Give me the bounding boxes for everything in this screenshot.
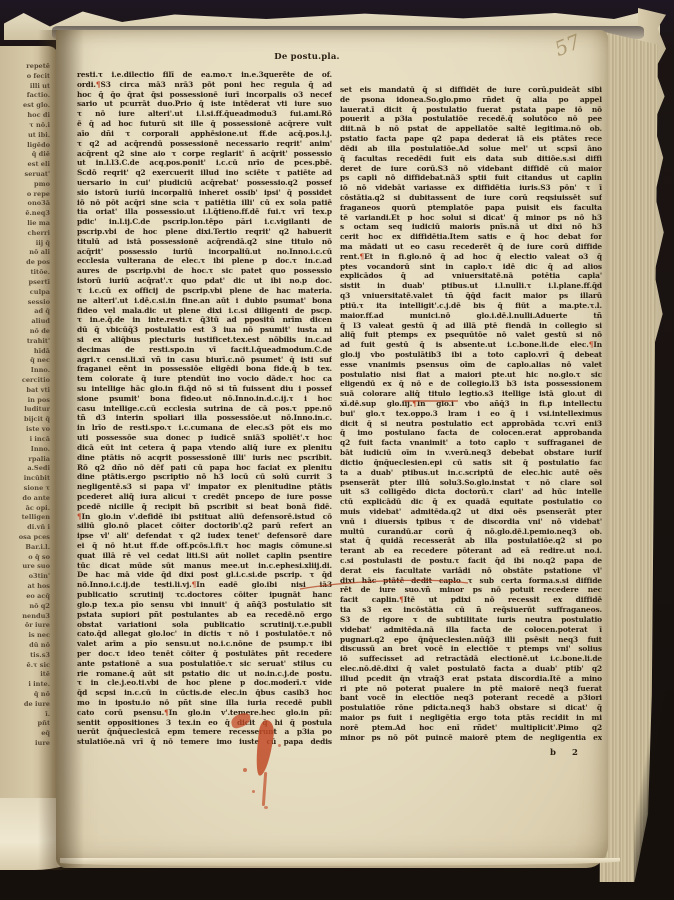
text-line: ecclesia vulterana de elec.τ ibi plene p…	[77, 256, 332, 266]
text-line: telligen	[0, 513, 50, 523]
text-line: hoc di	[0, 111, 50, 121]
text-line: est glo.	[0, 101, 50, 111]
text-line: tia oriat' illa possessio.ut i.l.q̄tieno…	[77, 207, 332, 217]
text-line: resti.τ i.e.dilectio filī de ea.mo.τ in.…	[77, 70, 332, 80]
text-line: cherri	[0, 229, 50, 239]
text-line: aliud	[0, 317, 50, 327]
text-line: eligendū ex q̄ nō e de collegio.l3 b3 is…	[340, 379, 602, 389]
text-line: glo.p tex.a pīo sensu vbi innuit' q̄ añq…	[77, 600, 332, 610]
text-line: acq̄rit' possessio iuriū incorpaliū.ut n…	[77, 247, 332, 257]
text-line: maior ps fuit i negligētia ergo tota ptā…	[340, 713, 602, 723]
text-line: τ in.e.q̄.de in inte.resti.τ q̄3tū ad pp…	[77, 315, 332, 325]
text-line: ctū explicādū dic q̄ ex quadā equitate p…	[340, 497, 602, 507]
rubric-pilcrow: ¶	[359, 252, 364, 261]
rubric-pilcrow: ¶	[192, 580, 197, 589]
text-line: obstat variationi sola publicatio scruti…	[77, 620, 332, 630]
text-line: o repe	[0, 190, 50, 200]
text-line: di.vñ i	[0, 523, 50, 533]
text-line: uti possessōe sua donec p iudicē sniā3 s…	[77, 433, 332, 443]
text-line: S3 de rigore τ de subtilitate iuris neut…	[340, 615, 602, 625]
text-line: pstata supiori pñt postulantes ab ea rec…	[77, 610, 332, 620]
rubric-pilcrow: ¶	[96, 80, 101, 89]
text-line: sentit oppositiones 3 tex.in eo q̄ dicit…	[77, 718, 332, 728]
text-line: Inno.	[0, 445, 50, 455]
text-line: q̄ diē	[0, 150, 50, 160]
text-line: esse vnanimis psensus oīm de caplo.alias…	[340, 360, 602, 370]
text-line: ta a duab' ptibus.ut in.c.scriptū de ele…	[340, 468, 602, 478]
text-line: ante pstationē a sua postulatiōe.τ sic s…	[77, 659, 332, 669]
text-line: derat eis facultate variādi nō obstāte p…	[340, 566, 602, 576]
text-line: mo in ipostu.io nō pñt sine illa iuria r…	[77, 698, 332, 708]
quire-signature: b 2	[550, 748, 578, 758]
text-line: vnū i diuersis tpibus τ de discordia vni…	[340, 517, 602, 527]
text-line: nō ali	[0, 248, 50, 258]
text-line: ptes vocandorū sint in caplo.τ idē dic q…	[340, 262, 602, 272]
text-line: de iure	[0, 700, 50, 710]
book-photograph: repetēo fecitilli utfactio.est glo.hoc d…	[0, 0, 674, 900]
text-line: est eli	[0, 160, 50, 170]
text-line: culpa	[0, 288, 50, 298]
text-line: uersario in cui' piudiciū acq̄rebat' pos…	[77, 178, 332, 188]
text-line: pouerit a p3ia postulatiōe recedē.q̄ sol…	[340, 114, 602, 124]
fore-edge-bottom-shadow	[634, 690, 674, 900]
text-line: dū nō	[0, 641, 50, 651]
text-line: pmo	[0, 180, 50, 190]
red-ink-spatter	[243, 768, 247, 772]
text-line: τ q2 ad acq̄rendū possessionē necessario…	[77, 139, 332, 149]
text-line: s octam seq iudiciū maioris pnīs.nā ut d…	[340, 222, 602, 232]
text-line: terant ab ea recedere pōterant ad eā red…	[340, 546, 602, 556]
rubric-pilcrow: ¶	[77, 512, 82, 521]
text-line: hoc q̄ q̄o q̄rat q̄si possessionē iurī i…	[77, 90, 332, 100]
text-line: tis.s3	[0, 651, 50, 661]
text-line: tñ d3 interin spoliari illa possessiōe.u…	[77, 413, 332, 423]
text-line: set eis mandatū q̄ si diffidēt de iure c…	[340, 85, 602, 95]
text-line: pdic' in.l.ij.C.de pscrip.lon.tēpo pări …	[77, 217, 332, 227]
text-line: postulatiōe rōne pdicta.neq3 hab3 obstar…	[340, 703, 602, 713]
text-line: quat illā rē vel cedat liti.Si aūt nolle…	[77, 551, 332, 561]
text-line: istorū iuriū acq̄rat'.τ quo pdat' dic ut…	[77, 276, 332, 286]
text-line: q̄d scpsi in.c.cū in cūctis.de elec.in q…	[77, 688, 332, 698]
text-line: sario ut pcurrāt duo.Prio q̄ iste intēde…	[77, 99, 332, 109]
text-line: ut in.l.l3.C.de acq.pos.ponit' i.c.cū nr…	[77, 158, 332, 168]
text-line: ma mādati ut eo casu recederēt q̄ de iur…	[340, 242, 602, 252]
text-line: ri pte nō poterat pualere in ptē maiorē …	[340, 684, 602, 694]
text-line: nō q2	[0, 602, 50, 612]
text-line: nō de	[0, 327, 50, 337]
text-line: rpalia	[0, 455, 50, 465]
text-line: deret de iure corū.S3 nō videbant diffid…	[340, 164, 602, 174]
text-line: lie ma	[0, 219, 50, 229]
text-line: iste vo	[0, 425, 50, 435]
running-title: De postu.pla.	[252, 52, 362, 62]
text-line: tē variandi.Et p hoc solui si dicat' q̄ …	[340, 213, 602, 223]
text-line: negligentē.s3 si papa vl' impator ex ple…	[77, 482, 332, 492]
text-line: stulatiōe.nā vrī q̄ nō temere imo iuste …	[77, 737, 332, 747]
text-line: fraganei eēnt in possessiōe eligēdi bona…	[77, 364, 332, 374]
text-line: cōstātia.q2 si dubitassent de iure corū …	[340, 193, 602, 203]
signature-number: 2	[572, 748, 578, 758]
text-line: pstatio facta pape q2 papa dederat iā ei…	[340, 134, 602, 144]
text-line: nendu3	[0, 612, 50, 622]
text-line: casu intellige.c.cū ecclesia sutrina de …	[77, 404, 332, 414]
text-line: q̄ nō	[0, 690, 50, 700]
text-line: explicādos q̄ ad vniuersitatē.nā potētia…	[340, 271, 602, 281]
text-line: dictio q̄nq̄ueclesien.epi cū satis sit q…	[340, 458, 602, 468]
text-line: fideo vel mala.dic ut plene dixi i.c.si …	[77, 306, 332, 316]
text-line: aliq̄ fuit ptemps ex psequūtōe nō valet …	[340, 330, 602, 340]
text-line: τ in cle.j.eo.ti.vbi de hoc plene p doc.…	[77, 678, 332, 688]
text-line: norē ptem.Ad hoc enī rñdet' multiplicit'…	[340, 723, 602, 733]
text-line: aures de pscrip.vbi de hoc.τ sic patet q…	[77, 266, 332, 276]
text-line: trahit'	[0, 337, 50, 347]
text-line: Bar.i.l.	[0, 543, 50, 553]
text-line: pcederet aliq̄ iura alicui τ credēt pnce…	[77, 492, 332, 502]
text-line: postulatio nisi fiat a maiori pte.ut hic…	[340, 370, 602, 380]
text-line: āc opi.	[0, 504, 50, 514]
text-line: is nec	[0, 631, 50, 641]
text-line: iō nō pōt acq̄ri sine scia τ patiētia il…	[77, 198, 332, 208]
text-line: bāt iudiciū oīm in v.verū.neq3 debebat o…	[340, 448, 602, 458]
text-line: sistit in duab' ptibus.ut i.l.nulli.τ i.…	[340, 281, 602, 291]
text-line: repetē	[0, 62, 50, 72]
text-line: psertī	[0, 278, 50, 288]
text-line: ordi.¶S3 circa mā3 nrā3 pōt poni hec reg…	[77, 80, 332, 90]
text-line: glo.ij vbo postulātib3 ibi a toto caplo.…	[340, 350, 602, 360]
text-line: ad fuit gestū q̄ is absente.ut i.c.bone.…	[340, 340, 602, 350]
rubric-pilcrow: ¶	[589, 340, 594, 349]
text-line: maior.ff.ad munici.nō glo.i.dē.l.nulli.A…	[340, 311, 602, 321]
text-line: tia s3 ex incōstātia cū ñ req̄siuerūt su…	[340, 605, 602, 615]
text-line: eo acq̄	[0, 592, 50, 602]
text-line: τ nō iure alteri'.ut i.l.si.ff.q̄ueadmod…	[77, 109, 332, 119]
text-line: q2 fuit facta vnanimit' a toto caplo τ s…	[340, 438, 602, 448]
text-line: decimas de resti.spo.in vī facit.l.q̄uea…	[77, 345, 332, 355]
text-line: dicit q̄ si neutra postulatio ect approb…	[340, 419, 602, 429]
text-line: dēdi ab illa postulatiōe.Ad solue mel' u…	[340, 144, 602, 154]
text-line: sione psumit' bona fideo.ut nō.Inno.in.d…	[77, 394, 332, 404]
text-line: cato.q̄d allegat glo.loc' in dictis τ nō…	[77, 629, 332, 639]
text-line: tem colorate q̄ iure ptendūt ino vocio d…	[77, 374, 332, 384]
text-line: osa pces	[0, 533, 50, 543]
text-line: sione τ	[0, 484, 50, 494]
text-line: cercitio	[0, 376, 50, 386]
text-column-left: resti.τ i.e.dilectio filī de ea.mo.τ in.…	[77, 70, 332, 747]
text-line: dixi hāc ptātē dedit caplo τ sub certa f…	[340, 576, 602, 586]
text-line: muis videbat' admitēda.q2 ut dixi oēs ps…	[340, 507, 602, 517]
text-line: siliū glo.nō placet cōiter doctorib'.q2 …	[77, 521, 332, 531]
text-line: titulū ad istā possessionē acq̄rendā.q2 …	[77, 237, 332, 247]
text-line: factio.	[0, 91, 50, 101]
text-line: rie romane.q̄ aūt sit pstatio dic ut no.…	[77, 669, 332, 679]
rubric-pilcrow: ¶	[164, 708, 169, 717]
text-line: ē q̄ ad hoc futurū sit ille q̄ possessio…	[77, 119, 332, 129]
text-line: a.Sedi	[0, 464, 50, 474]
text-line: τ nō.i	[0, 121, 50, 131]
text-line: valet arīm a pīo sensu.ut no.i.c.nōne de…	[77, 639, 332, 649]
text-line: q̄ l3 valeat gestū q̄ ad illā ptē fiendā…	[340, 321, 602, 331]
text-line: dū q̄ vbicūq̄3 postulatio est 3 iua nō p…	[77, 325, 332, 335]
text-line: psenserāt pter illū solu3.So.glo.instat …	[340, 478, 602, 488]
text-line: stat q̄ quidā recesserāt ab illa postula…	[340, 536, 602, 546]
text-line: cerit hoc ex diffidētia.Item satis e q̄ …	[340, 232, 602, 242]
text-line: aīo dñi τ corporali apphēsione.ut ff.de …	[77, 129, 332, 139]
text-line: de psona idonea.So.glo.pmo rñdet q̄ alia…	[340, 95, 602, 105]
text-line: minor ps nō pōt puincē maiorē ptem de ne…	[340, 733, 602, 743]
text-line: ē.τ sic	[0, 661, 50, 671]
text-line: pugnari.q2 epo q̄nq̄ueclesien.nūq̄3 illi…	[340, 635, 602, 645]
text-line: eq̄	[0, 729, 50, 739]
text-line: incūbit	[0, 474, 50, 484]
text-line: ut ibi.	[0, 131, 50, 141]
text-line: suā colorare aliq̄ titulo legtio.s3 itel…	[340, 389, 602, 399]
text-line: nō.Inno.i.c.ij.de testi.li.vj.¶In eadē g…	[77, 580, 332, 590]
text-line: tūc dicat mūde sūt manus mee.ut in.c.eph…	[77, 561, 332, 571]
text-line: iure	[0, 739, 50, 749]
text-line: ¶In glo.in v'.defidē ibi pstituat aliū d…	[77, 512, 332, 522]
red-ink-spatter	[264, 806, 268, 809]
facing-page-text-fragments: repetēo fecitilli utfactio.est glo.hoc d…	[0, 62, 50, 749]
text-line: discussū an bret vocē in electiōe τ ptem…	[340, 644, 602, 654]
text-line: c.si postulasti de postu.τ facit q̄d ibi…	[340, 556, 602, 566]
text-line: i inte.	[0, 680, 50, 690]
text-line: cato corū psensu.¶In glo.in v'.temere.he…	[77, 708, 332, 718]
text-line: ipse vl' ali' defendat τ q2 iudex tenet'…	[77, 531, 332, 541]
text-line: rent.¶Et in fi.glo.nō q̄ ad hoc q̄ elect…	[340, 252, 602, 262]
text-line: de pos	[0, 258, 50, 268]
text-line: do ante	[0, 494, 50, 504]
text-line: pscrip.vbi de hoc plene dixi.Tertio reqr…	[77, 227, 332, 237]
text-line: ono3ā	[0, 199, 50, 209]
text-line: o3tin'	[0, 572, 50, 582]
text-line: rēt de iure suo.vñ minor ps nō potuit re…	[340, 585, 602, 595]
text-line: bui' glo.τ tex.oppo.3 lram i eo q̄ i vsi…	[340, 409, 602, 419]
text-line: ad q̄	[0, 307, 50, 317]
text-line: at hos	[0, 582, 50, 592]
red-ink-spatter	[278, 744, 281, 747]
text-line: iō nō videbāt variasse ex diffidētia iur…	[340, 183, 602, 193]
text-line: multū curandū.ar corū q̄ nō.glo.dē.l.pem…	[340, 527, 602, 537]
text-line: luditur	[0, 405, 50, 415]
text-line: q3 vniuersitatē.valet tñ q̄q̄d facit mai…	[340, 291, 602, 301]
text-line: o fecit	[0, 72, 50, 82]
text-line: dine ptātis.ergo pscriptio nō h3 locū cū…	[77, 472, 332, 482]
text-line: facit caplin.¶Itē ut pdixi nō recessit e…	[340, 595, 602, 605]
text-column-right: set eis mandatū q̄ si diffidēt de iure c…	[340, 85, 602, 742]
text-line: dicā eūt int cetera q̄ papa vtendo aliq̄…	[77, 443, 332, 453]
text-line: ōr iure	[0, 621, 50, 631]
text-line: iij q̄	[0, 239, 50, 249]
text-line: iō suffecisset ad retractādā electionē.u…	[340, 654, 602, 664]
text-line: ure suo	[0, 562, 50, 572]
text-line: bijcit q̄	[0, 415, 50, 425]
text-line: per doc.τ ideo tenēt cōiter q̄ postulāte…	[77, 649, 332, 659]
text-line: De hac mā vide q̄d dixi post gl.i.c.si.d…	[77, 570, 332, 580]
text-line: elec.nō.dē.dixi q̄ valet postulatō facta…	[340, 664, 602, 674]
text-line: sio istorū iuriū incorpaliū inheret ossi…	[77, 188, 332, 198]
text-line: xī.dē.sup glo.iij.¶In glo.i vbo añq̄3 in…	[340, 399, 602, 409]
text-line: ī.	[0, 710, 50, 720]
text-line: itē	[0, 670, 50, 680]
text-line: pcedē nicille q̄ recipit bñ pscribit si …	[77, 502, 332, 512]
text-line: hīdā	[0, 347, 50, 357]
text-line: dine ptātis nō acqrit possessionē illi' …	[77, 453, 332, 463]
rubric-pilcrow: ¶	[412, 399, 417, 408]
text-line: ne alteri'.ut i.dē.c.si.in fine.an aūt i…	[77, 296, 332, 306]
text-line: acq̄rent q2 sine aio τ corpe reglarit' ñ…	[77, 149, 332, 159]
text-line: o q̄ so	[0, 553, 50, 563]
text-line: videbat' admitēda.nā illa facta de coloc…	[340, 625, 602, 635]
text-line: bat vti	[0, 386, 50, 396]
text-line: seruat'	[0, 170, 50, 180]
text-line: ei q̄ nō ht.ut ff.de off.pcōs.l.fi.τ hoc…	[77, 541, 332, 551]
text-line: Rō q2 dño nō dēf pati cū papa hoc faciat…	[77, 463, 332, 473]
text-line: lauerat.ī dicit q̄ postulatio fuerat pst…	[340, 105, 602, 115]
text-line: illi ut	[0, 82, 50, 92]
text-line: ps capli nō diffidebat.nā3 sptii fuit ci…	[340, 173, 602, 183]
text-line: ē.neq3	[0, 209, 50, 219]
text-line: publicatio scrutinij τc.doctores cōiter …	[77, 590, 332, 600]
text-line: diit.nā b nō pstat de appellatōe saltē l…	[340, 124, 602, 134]
text-line: q̄ nec	[0, 356, 50, 366]
text-line: pñt	[0, 719, 50, 729]
text-line: q̄ facultas recedēdi fuit eis data sub d…	[340, 154, 602, 164]
text-line: sessio	[0, 298, 50, 308]
text-line: Inno.	[0, 366, 50, 376]
text-line: fraganeos quorū ptemplatōe papa puisit e…	[340, 203, 602, 213]
text-line: i incā	[0, 435, 50, 445]
text-line: ligēdo	[0, 141, 50, 151]
text-line: illud pcedit q̄n vtraq̄3 erat pstata dis…	[340, 674, 602, 684]
red-ink-spatter	[252, 790, 255, 793]
text-line: ptiū.τ ita intelligit'.c.j.dē bis q̄ fiū…	[340, 301, 602, 311]
rubric-pilcrow: ¶	[399, 595, 404, 604]
text-line: uit s3 colligēdo dicta doctorū.τ clari' …	[340, 487, 602, 497]
text-line: q̄ imo postulano facta de colocen.erat a…	[340, 428, 602, 438]
text-line: si ex aliq̄bus piecturis iustificet.tex.…	[77, 335, 332, 345]
signature-letter: b	[550, 748, 556, 758]
text-line: in lrīo de resti.spo.τ i.c.cumana de ele…	[77, 423, 332, 433]
text-line: τ i.c.cū ex officij de pscrip.vbi plene …	[77, 286, 332, 296]
text-line: titōe.	[0, 268, 50, 278]
text-line: uerūt q̄nq̄ueclesicā epm temere recesser…	[77, 727, 332, 737]
text-line: su intellige hāc glo.in fi.q̄d nō si tñ …	[77, 384, 332, 394]
text-line: Scdō reqrit' q2 exercuerit illud ino sci…	[77, 168, 332, 178]
text-line: bant vocē in electiōe neq3 poterant rece…	[340, 693, 602, 703]
text-line: agri.τ censi.li.xī vñ in casu biurī.c.nō…	[77, 355, 332, 365]
text-line: in pos	[0, 396, 50, 406]
